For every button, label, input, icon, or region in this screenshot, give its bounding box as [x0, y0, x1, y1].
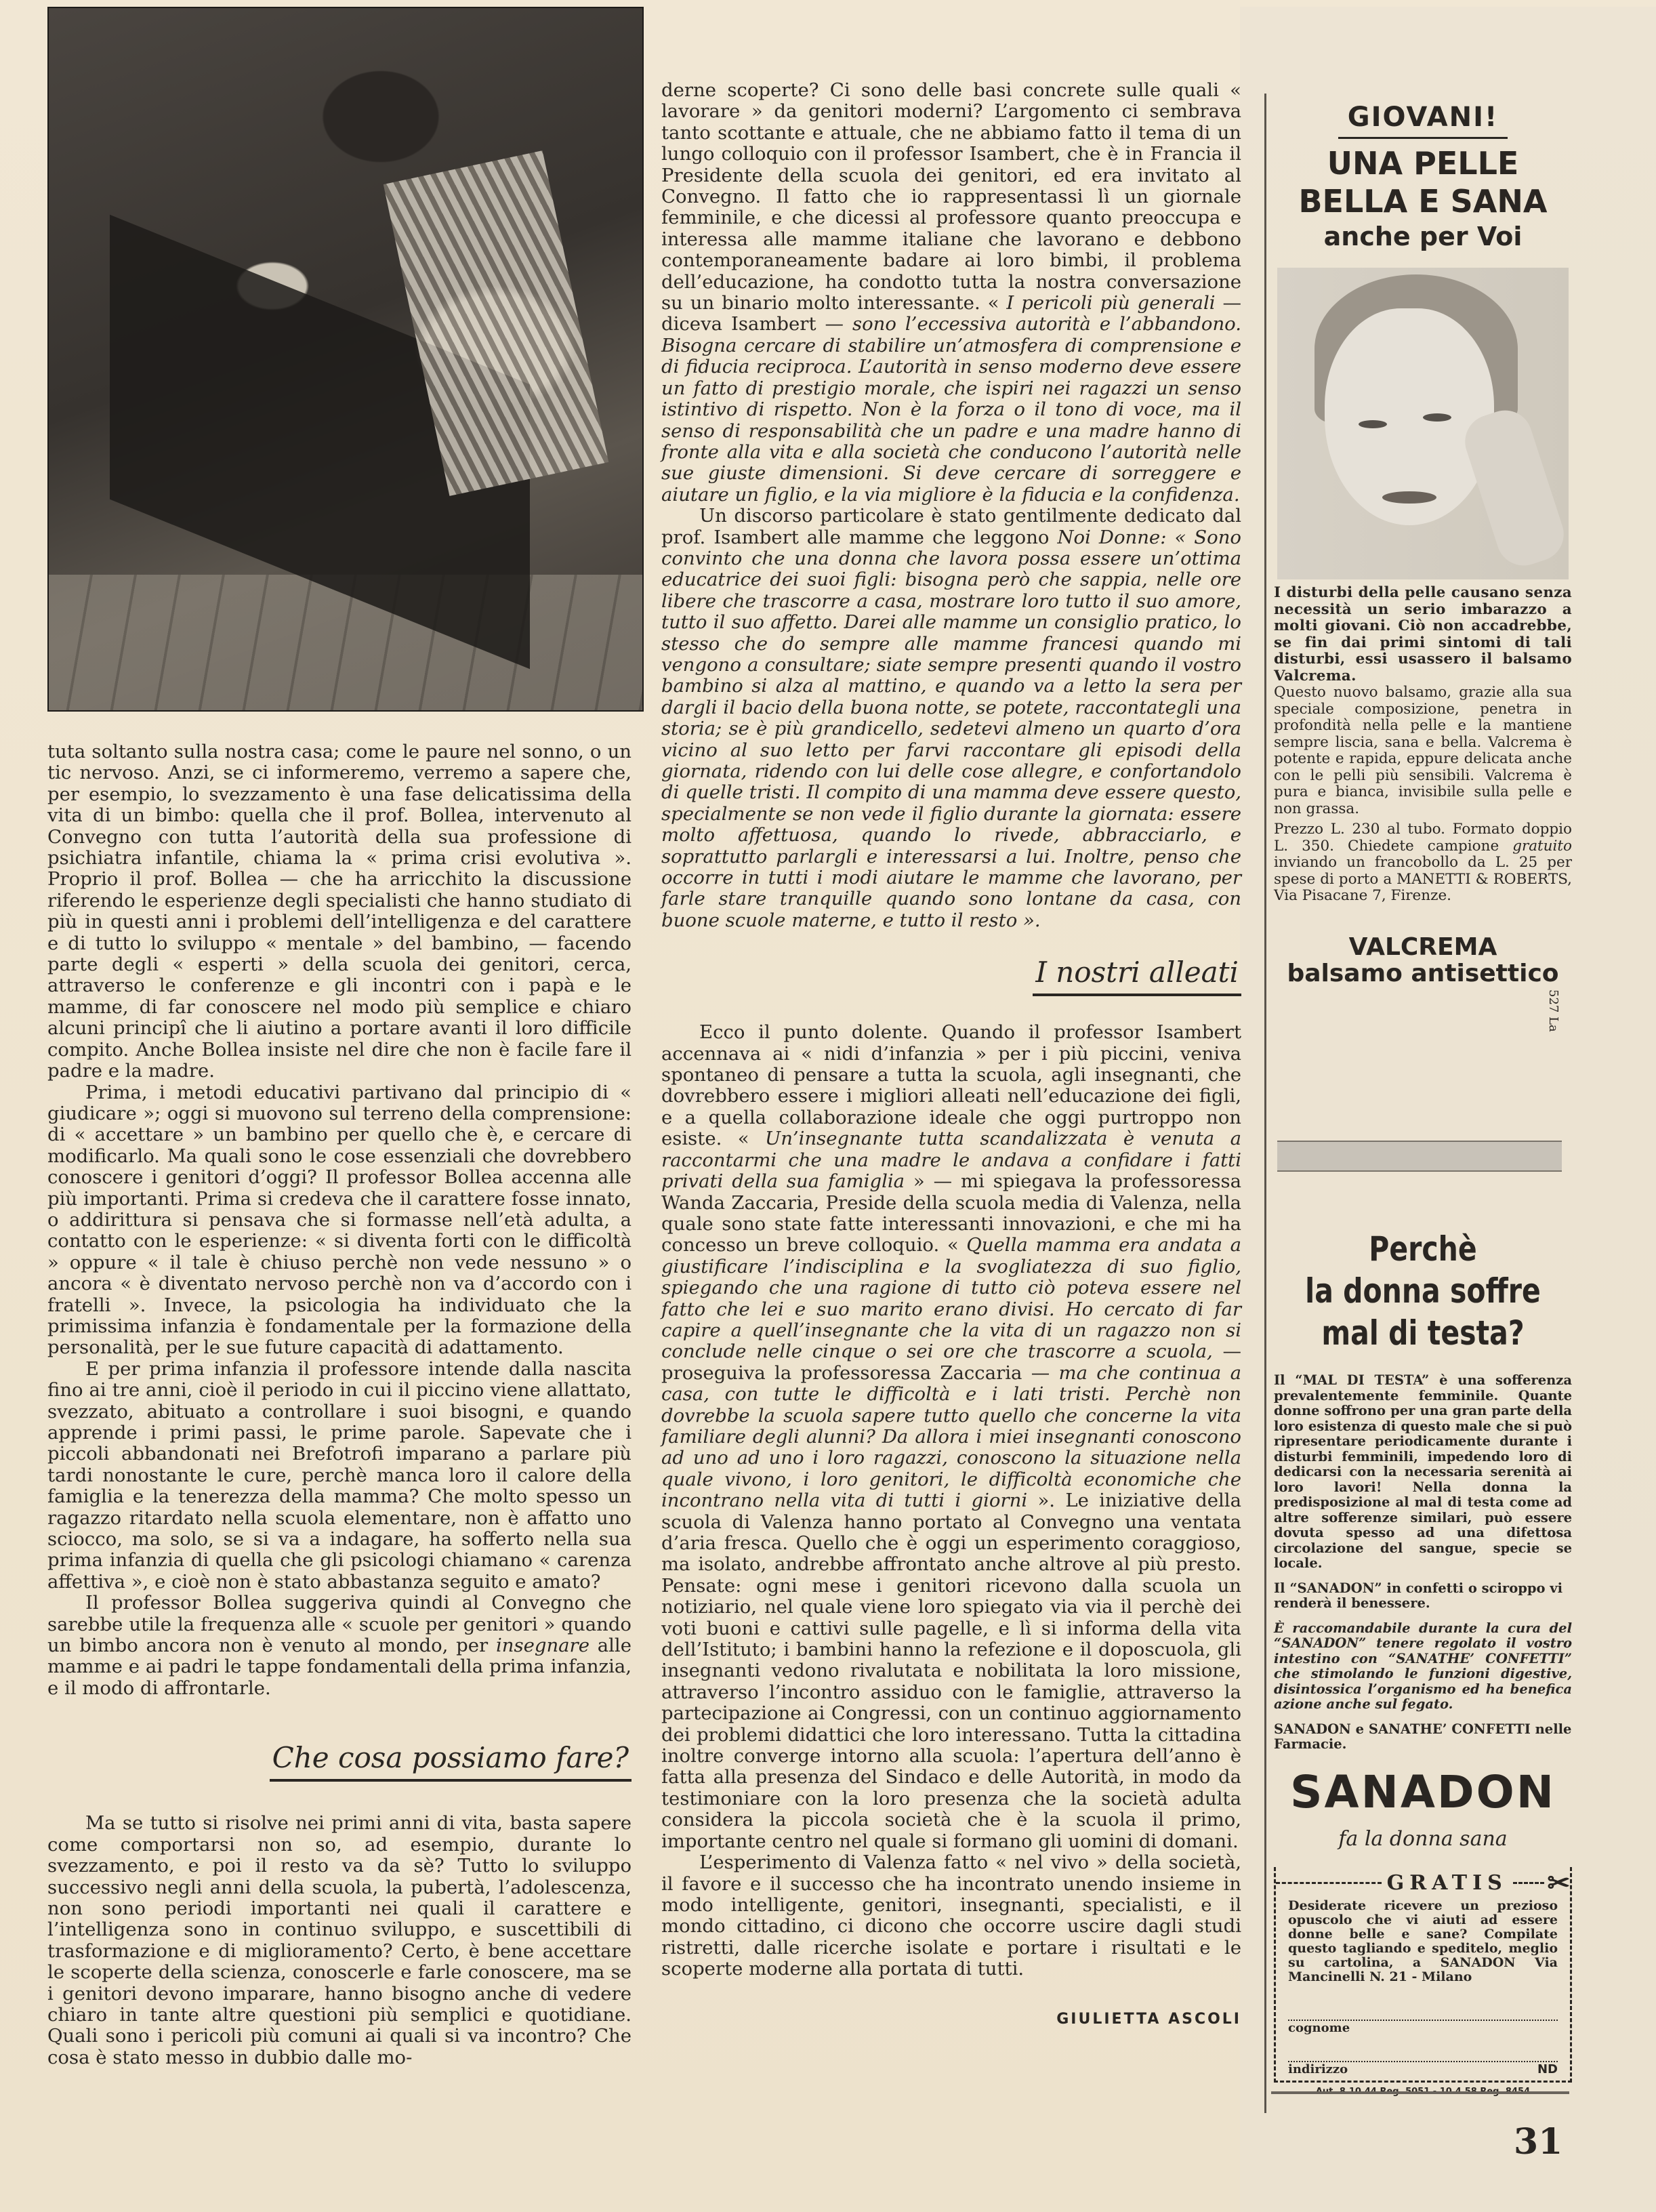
author-byline: GIULIETTA ASCOLI — [661, 2009, 1241, 2030]
ad-body: Il “MAL DI TESTA” è una sofferenza preva… — [1274, 1373, 1572, 1572]
bottom-rule — [1271, 2091, 1569, 2094]
column-divider — [1264, 94, 1266, 2113]
ad-rule — [1338, 137, 1508, 139]
ad-code: 527 La — [1546, 989, 1560, 1032]
article-paragraph: L’esperimento di Valenza fatto « nel viv… — [661, 1852, 1241, 1980]
article-paragraph: tuta soltanto sulla nostra casa; come le… — [47, 741, 632, 1082]
article-paragraph: Il professor Bollea suggeriva quindi al … — [47, 1593, 632, 1699]
ad-price: Prezzo L. 230 al tubo. Formato doppio L.… — [1274, 821, 1572, 905]
sanadon-logo: SANADON — [1274, 1769, 1572, 1816]
section-heading: I nostri alleati — [1033, 956, 1241, 996]
article-paragraph: Ecco il punto dolente. Quando il profess… — [661, 1022, 1241, 1852]
ad-brand-tagline: balsamo antisettico — [1274, 960, 1572, 987]
ad-headline: BELLA E SANA — [1274, 182, 1572, 220]
article-column-2: derne scoperte? Ci sono delle basi concr… — [661, 80, 1241, 2030]
field-label: cognome — [1288, 2021, 1350, 2035]
scissors-icon: ✂ — [1547, 1867, 1570, 1899]
ad-headline: mal di testa? — [1301, 1312, 1546, 1354]
ad-headline: Perchè — [1301, 1228, 1546, 1270]
section-heading: Che cosa possiamo fare? — [270, 1741, 632, 1782]
child-with-doll-photo — [47, 7, 644, 712]
ad-headline: la donna soffre — [1301, 1270, 1546, 1312]
article-paragraph: Prima, i metodi educativi partivano dal … — [47, 1082, 632, 1359]
field-label: indirizzo — [1288, 2062, 1348, 2076]
article-column-1: tuta soltanto sulla nostra casa; come le… — [47, 741, 632, 2068]
ad-kicker: GIOVANI! — [1274, 102, 1572, 133]
coupon-title: GRATIS — [1382, 1871, 1513, 1895]
coupon-text: Desiderate ricevere un prezioso opuscolo… — [1288, 1899, 1558, 1984]
woman-portrait-photo — [1277, 268, 1569, 579]
coupon-code: ND — [1537, 2062, 1558, 2076]
coupon-header: GRATIS ✂ — [1276, 1867, 1570, 1899]
page-number: 31 — [1514, 2121, 1562, 2163]
coupon-surname-field[interactable] — [1288, 1984, 1558, 2021]
ad-body-bold: I disturbi della pelle causano senza nec… — [1274, 585, 1572, 684]
ad-slogan: fa la donna sana — [1274, 1827, 1572, 1851]
article-paragraph: Ma se tutto si risolve nei primi anni di… — [47, 1813, 632, 2068]
ad-headline: UNA PELLE — [1274, 144, 1572, 182]
ad-body-italic: È raccomandabile durante la cura del “SA… — [1274, 1621, 1572, 1713]
photo-floor — [49, 575, 642, 710]
article-paragraph: derne scoperte? Ci sono delle basi concr… — [661, 80, 1241, 506]
gratis-coupon[interactable]: GRATIS ✂ Desiderate ricevere un prezioso… — [1274, 1867, 1572, 2083]
coupon-address-field[interactable] — [1288, 2035, 1558, 2062]
ad-availability: SANADON e SANATHE’ CONFETTI nelle Farmac… — [1274, 1722, 1572, 1753]
sanadon-advertisement: Perchè la donna soffre mal di testa? Il … — [1274, 1228, 1572, 2097]
article-paragraph: Un discorso particolare è stato gentilme… — [661, 506, 1241, 931]
ad-brand: VALCREMA — [1274, 935, 1572, 960]
valcrema-advertisement: GIOVANI! UNA PELLE BELLA E SANA anche pe… — [1274, 102, 1572, 987]
ad-subheadline: anche per Voi — [1274, 220, 1572, 253]
gray-separator-bar — [1277, 1141, 1562, 1172]
ad-body: Il “SANADON” in confetti o sciroppo vi r… — [1274, 1581, 1572, 1612]
article-paragraph: E per prima infanzia il professore inten… — [47, 1359, 632, 1593]
ad-body: Questo nuovo balsamo, grazie alla sua sp… — [1274, 684, 1572, 817]
